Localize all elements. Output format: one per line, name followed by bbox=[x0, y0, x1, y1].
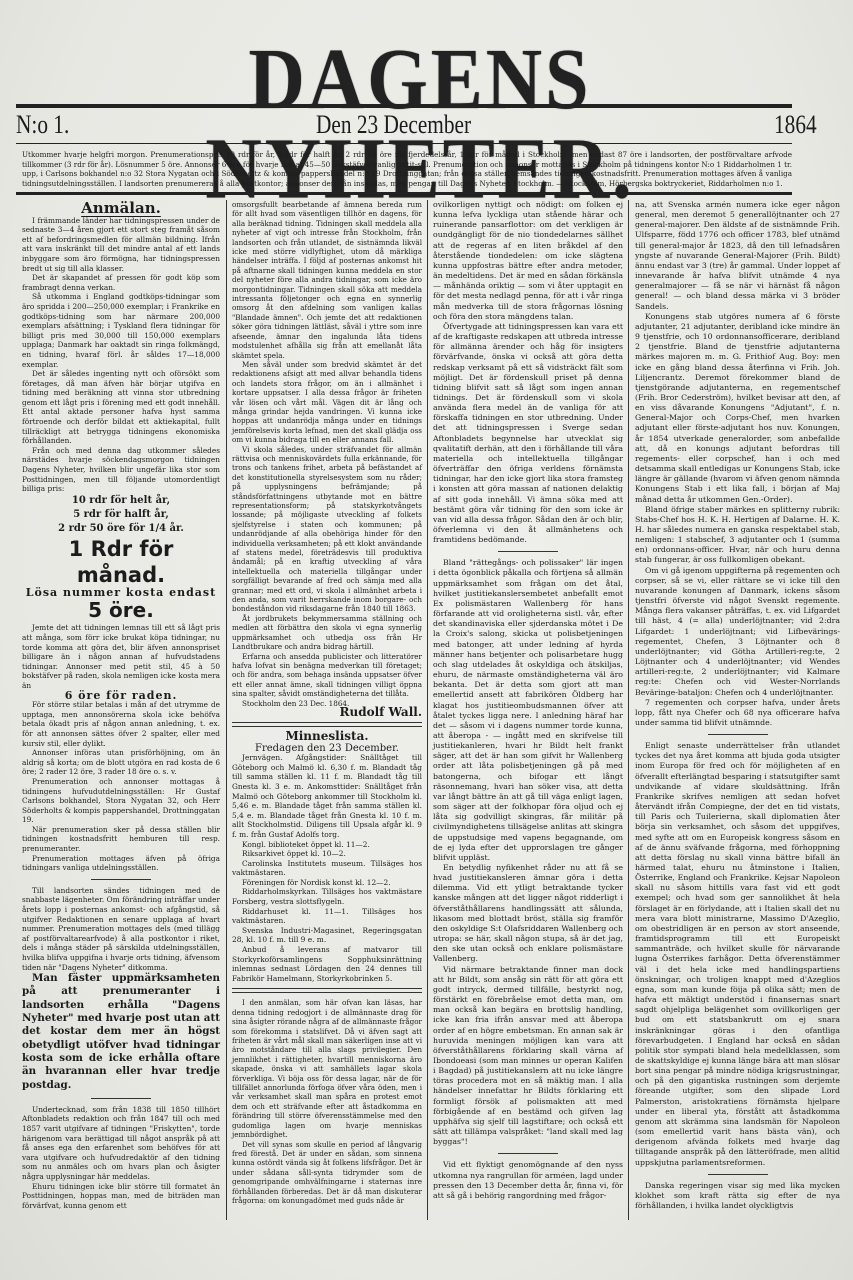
header-bottom-rule bbox=[16, 192, 792, 195]
paragraph: na, att Svenska armén numera icke eger n… bbox=[635, 200, 840, 312]
newspaper-page: DAGENS NYHETER. N:o 1. Den 23 December 1… bbox=[0, 0, 853, 1280]
province-notice: Man fäster uppmärksamheten på att prenum… bbox=[22, 972, 220, 1092]
paragraph: Vid ett flyktigt genomögnande af den nys… bbox=[433, 1160, 623, 1201]
paragraph: Åt jordbrukets bekymmersamma ställning o… bbox=[232, 614, 422, 652]
paragraph: I den anmälan, som här ofvan kan läsas, … bbox=[232, 998, 422, 1139]
paragraph: Prenumeration och annonser mottagas å ti… bbox=[22, 777, 220, 825]
memo-item: Riddarholmskyrkan. Tillsäges hos vaktmäs… bbox=[232, 887, 422, 906]
paragraph: Bland "rättegångs- och polissaker" lär i… bbox=[433, 558, 623, 863]
memo-item: Riksarkivet öppet kl. 10—2. bbox=[232, 849, 422, 859]
separator bbox=[91, 1098, 151, 1099]
paragraph: omsorgsfullt bearbetande af ämnena bered… bbox=[232, 200, 422, 360]
paragraph: Annonser införas utan prisförhöjning, om… bbox=[22, 748, 220, 777]
masthead-rule bbox=[16, 104, 792, 108]
price-month: 1 Rdr för månad. bbox=[22, 536, 220, 588]
paragraph: Bland öfrige staber märkes en splitterny… bbox=[635, 505, 840, 566]
paragraph: Enligt senaste underrättelser från utlan… bbox=[635, 741, 840, 1168]
ad-line-price: 6 öre för raden. bbox=[22, 691, 220, 701]
paragraph: Det är skapandet af pressen för godt köp… bbox=[22, 273, 220, 292]
paragraph: Undertecknad, som från 1838 till 1850 ti… bbox=[22, 1105, 220, 1182]
paragraph: 7 regementen och corpser hafva, under år… bbox=[635, 698, 840, 728]
price-quarter: 2 rdr 50 öre för 1/4 år. bbox=[22, 522, 220, 536]
single-copy-price: 5 öre. bbox=[22, 597, 220, 623]
paragraph: Det vill synas som skulle en period af l… bbox=[232, 1140, 422, 1206]
separator bbox=[91, 879, 151, 880]
subscription-terms: Utkommer hvarje helgfri morgon. Prenumer… bbox=[22, 150, 792, 188]
memo-subheading: Fredagen den 23 December. bbox=[232, 744, 422, 753]
memo-heading: Minneslista. bbox=[232, 732, 422, 741]
memo-item: Svenska Industri-Magasinet, Regeringsgat… bbox=[232, 926, 422, 945]
price-year: 10 rdr för helt år, bbox=[22, 494, 220, 508]
paragraph: Men såväl under som bredvid skämtet är d… bbox=[232, 360, 422, 445]
issue-year: 1864 bbox=[774, 110, 817, 140]
paragraph: Så utkomma i England godtköps-tidningar … bbox=[22, 292, 220, 369]
paragraph: Om vi gå igenom uppgifterna på regemente… bbox=[635, 566, 840, 698]
memo-item: Riddarhuset kl. 11—1. Tillsäges hos vakt… bbox=[232, 907, 422, 926]
paragraph: Konungens stab utgöres numera af 6 först… bbox=[635, 312, 840, 505]
memo-list: Jernvägen. Afgångstider: Snälltåget till… bbox=[232, 753, 422, 983]
separator bbox=[708, 1174, 768, 1175]
paragraph: Danska regeringen visar sig med lika myc… bbox=[635, 1181, 840, 1211]
single-copy-label: Lösa nummer kosta endast bbox=[22, 588, 220, 598]
paragraph: Öfvertygade att tidningspressen kan vara… bbox=[433, 322, 623, 545]
paragraph: Vi skola således, under sträfvandet för … bbox=[232, 445, 422, 614]
paragraph: Till landsorten sändes tidningen med de … bbox=[22, 886, 220, 972]
paragraph: Det är således ingenting nytt och oförsö… bbox=[22, 369, 220, 446]
column-4: na, att Svenska armén numera icke eger n… bbox=[635, 200, 840, 1211]
column-3: ovilkorligen nyttigt och nödigt: om folk… bbox=[433, 200, 623, 1201]
section-rule bbox=[232, 988, 422, 993]
section-rule bbox=[232, 722, 422, 727]
memo-item: Kongl. biblioteket öppet kl. 11—2. bbox=[232, 840, 422, 850]
paragraph: För större stilar betalas i mån af det u… bbox=[22, 700, 220, 748]
dateline-rule bbox=[16, 143, 792, 144]
paragraph: Jemte det att tidningen lemnas till ett … bbox=[22, 623, 220, 690]
paragraph: När prenumeration sker på dessa ställen … bbox=[22, 825, 220, 854]
paragraph: Prenumeration mottages äfven på öfriga t… bbox=[22, 854, 220, 873]
column-2: omsorgsfullt bearbetande af ämnena bered… bbox=[232, 200, 422, 1205]
column-divider bbox=[226, 200, 227, 1220]
price-half-year: 5 rdr för halft år, bbox=[22, 508, 220, 522]
separator bbox=[708, 734, 768, 735]
article-heading-anmalan: Anmälan. bbox=[22, 204, 220, 214]
paragraph: Ehuru tidningen icke blir större till fo… bbox=[22, 1182, 220, 1211]
issue-number: N:o 1. bbox=[16, 110, 69, 140]
paragraph: Från och med denna dag utkommer således … bbox=[22, 446, 220, 494]
column-divider bbox=[427, 200, 428, 1220]
paragraph: Vid närmare betraktande finner man dock … bbox=[433, 965, 623, 1148]
dateline: N:o 1. Den 23 December 1864 bbox=[16, 110, 792, 142]
memo-item: Carolinska Institutets museum. Tillsäges… bbox=[232, 859, 422, 878]
memo-item: Föreningen för Nordisk konst kl. 12—2. bbox=[232, 878, 422, 888]
issue-date: Den 23 December bbox=[316, 110, 471, 140]
paragraph: En betydlig nyfikenhet råder nu att få s… bbox=[433, 863, 623, 965]
memo-item: Anbud å leverans af matvaror till Storky… bbox=[232, 945, 422, 983]
paragraph: Erfarna och ansedda publicister och litt… bbox=[232, 652, 422, 699]
paragraph: I främmande länder har tidningspressen u… bbox=[22, 216, 220, 274]
column-1: Anmälan. I främmande länder har tidnings… bbox=[22, 200, 220, 1210]
memo-item: Jernvägen. Afgångstider: Snälltåget till… bbox=[232, 753, 422, 839]
signature: Rudolf Wall. bbox=[232, 708, 422, 717]
column-divider bbox=[628, 200, 629, 1220]
separator bbox=[498, 551, 558, 552]
paragraph: ovilkorligen nyttigt och nödigt: om folk… bbox=[433, 200, 623, 322]
separator bbox=[498, 1153, 558, 1154]
